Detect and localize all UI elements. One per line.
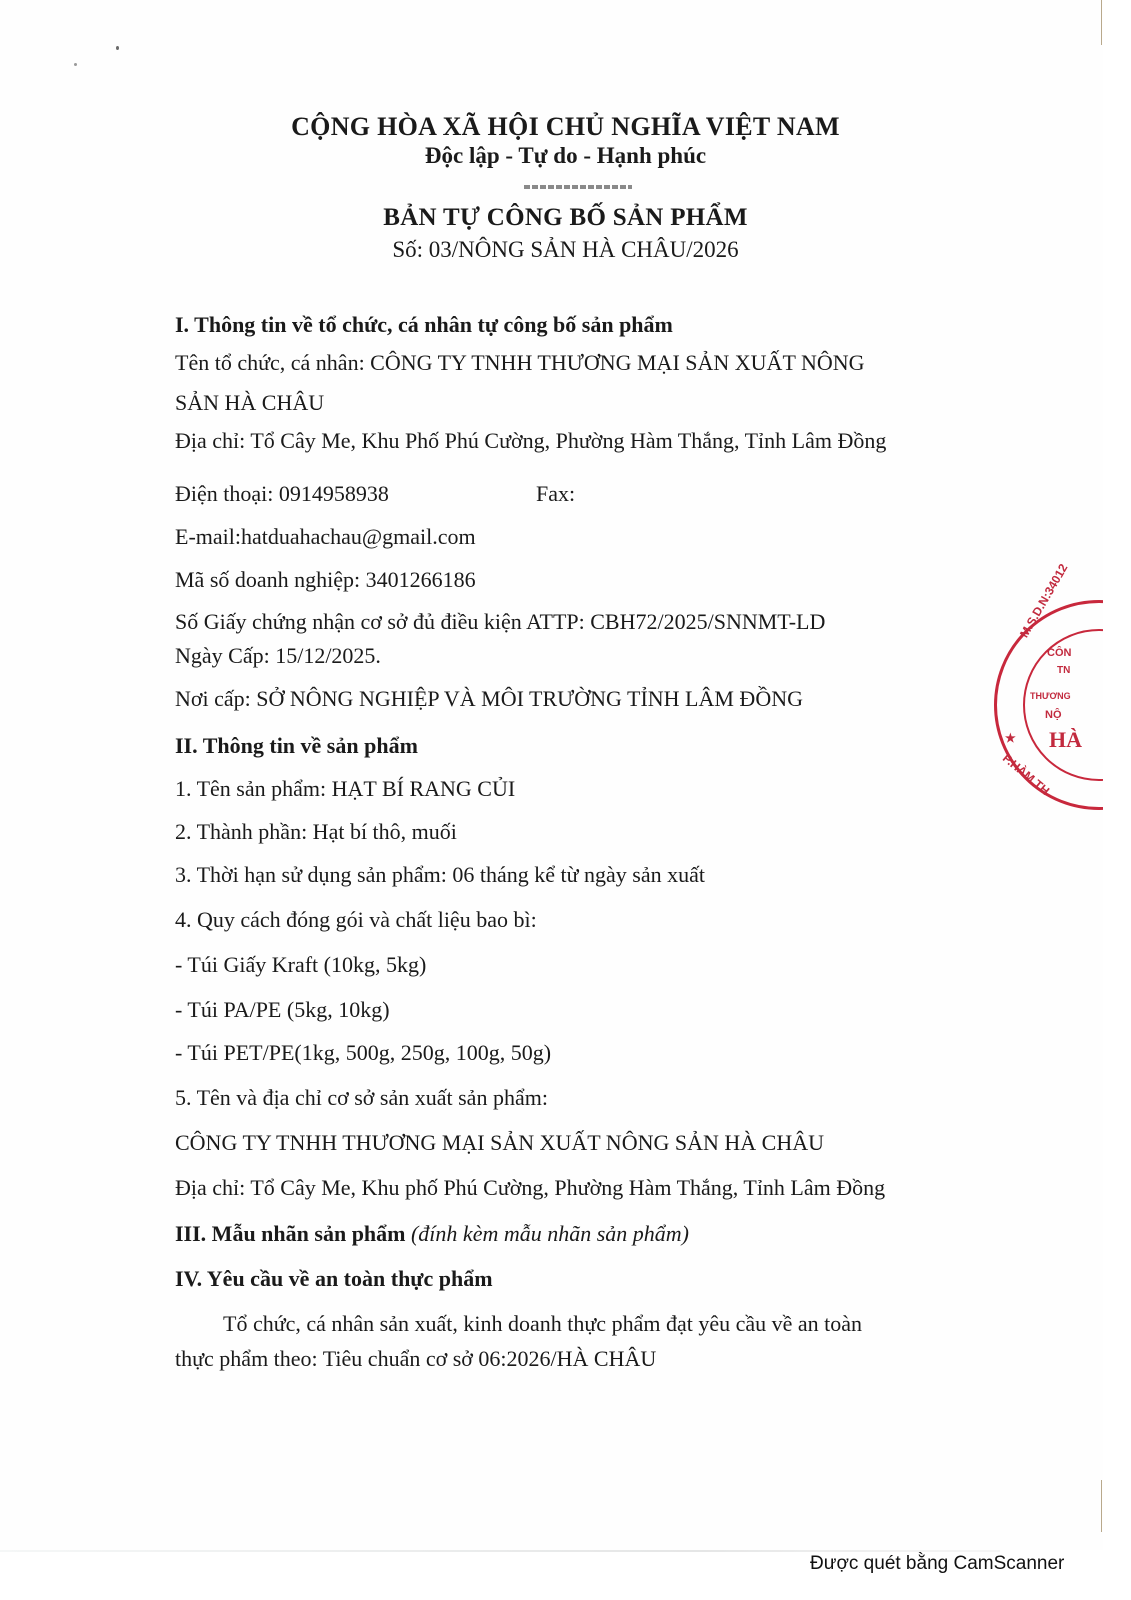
stamp-text: CÔN (1047, 647, 1071, 659)
stamp-text: HÀ (1049, 727, 1082, 753)
stamp-text: TN (1057, 665, 1070, 676)
stamp-clip: M.S.D.N:34012 CÔN TN THƯƠNG NỘ HÀ ★ P.HÀ… (0, 0, 1103, 1600)
camscanner-watermark: Được quét bằng CamScanner (810, 1553, 1064, 1575)
company-stamp: M.S.D.N:34012 CÔN TN THƯƠNG NỘ HÀ ★ P.HÀ… (994, 600, 1103, 810)
stamp-text: NỘ (1045, 709, 1062, 721)
stamp-ring-top-text: M.S.D.N:34012 (1017, 561, 1070, 640)
stamp-text: THƯƠNG (1030, 691, 1071, 701)
star-icon: ★ (1005, 731, 1016, 745)
